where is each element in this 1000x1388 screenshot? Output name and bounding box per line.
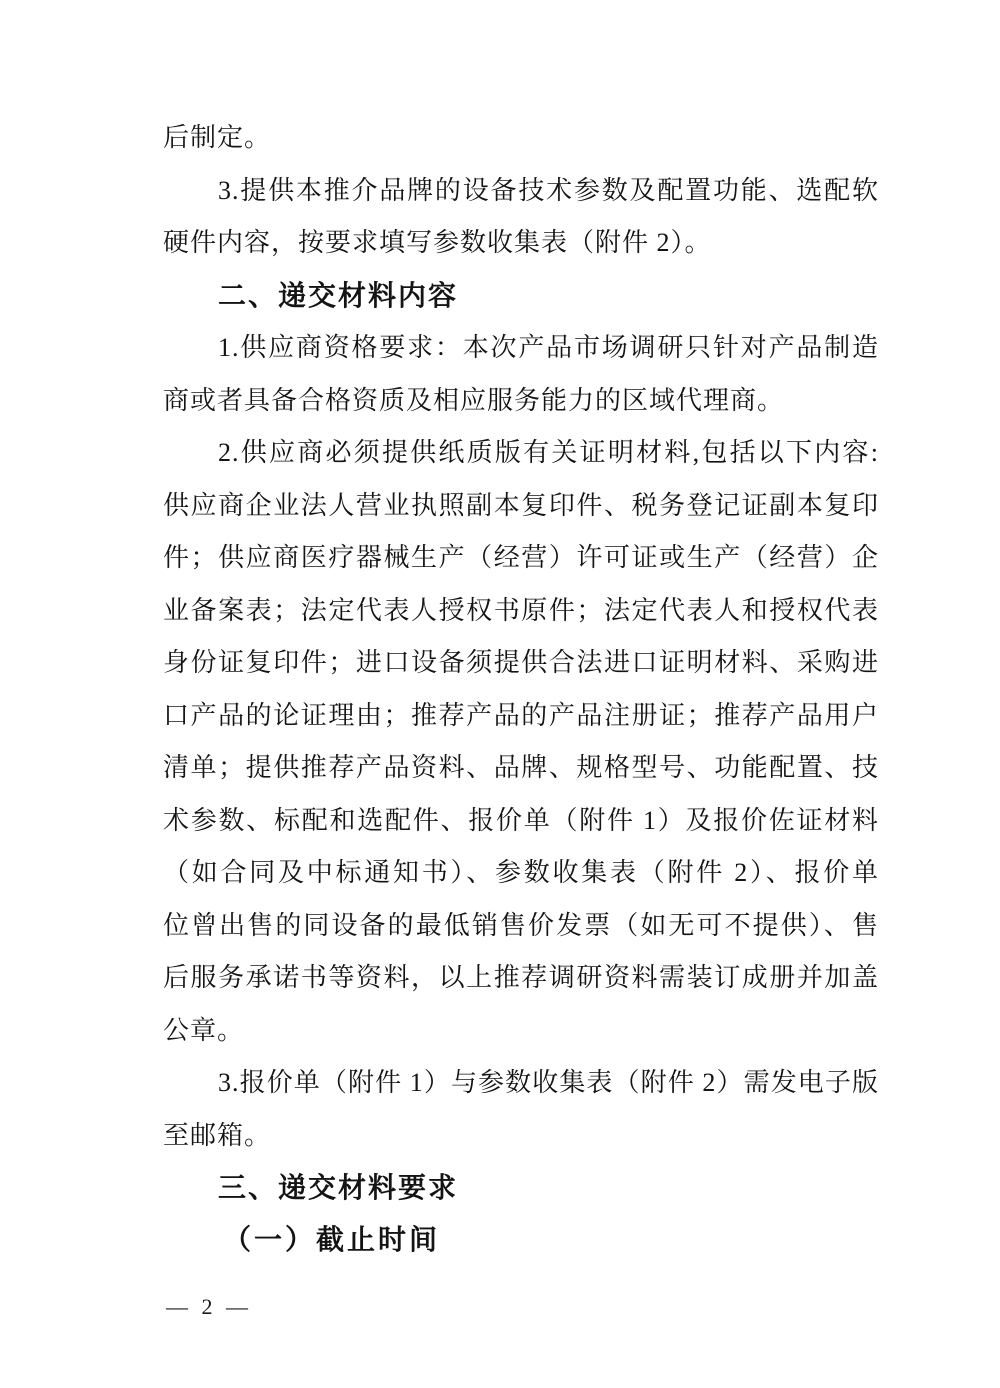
text-line: 件；供应商医疗器械生产（经营）许可证或生产（经营）企 <box>163 532 879 585</box>
text-line: 清单；提供推荐产品资料、品牌、规格型号、功能配置、技 <box>163 742 879 795</box>
text-line: 2.供应商必须提供纸质版有关证明材料,包括以下内容: <box>163 427 879 480</box>
page-number: — 2 — <box>166 1294 252 1320</box>
text-line: 业备案表；法定代表人授权书原件；法定代表人和授权代表 <box>163 585 879 638</box>
text-line: 位曾出售的同设备的最低销售价发票（如无可不提供）、售 <box>163 900 879 953</box>
text-line: 1.供应商资格要求：本次产品市场调研只针对产品制造 <box>163 322 879 375</box>
document-page: 后制定。 3.提供本推介品牌的设备技术参数及配置功能、选配软 硬件内容，按要求填… <box>0 0 1000 1388</box>
text-line: 3.提供本推介品牌的设备技术参数及配置功能、选配软 <box>163 165 879 218</box>
document-body: 后制定。 3.提供本推介品牌的设备技术参数及配置功能、选配软 硬件内容，按要求填… <box>163 112 879 1267</box>
text-line: 后制定。 <box>163 112 879 165</box>
section-heading-2: 二、递交材料内容 <box>163 270 879 323</box>
text-line: 至邮箱。 <box>163 1110 879 1163</box>
text-line: 身份证复印件；进口设备须提供合法进口证明材料、采购进 <box>163 637 879 690</box>
text-line: 硬件内容，按要求填写参数收集表（附件 2）。 <box>163 217 879 270</box>
subsection-heading-1: （一）截止时间 <box>163 1215 879 1268</box>
text-line: 后服务承诺书等资料，以上推荐调研资料需装订成册并加盖 <box>163 952 879 1005</box>
text-line: （如合同及中标通知书）、参数收集表（附件 2）、报价单 <box>163 847 879 900</box>
text-line: 3.报价单（附件 1）与参数收集表（附件 2）需发电子版 <box>163 1057 879 1110</box>
section-heading-3: 三、递交材料要求 <box>163 1162 879 1215</box>
text-line: 供应商企业法人营业执照副本复印件、税务登记证副本复印 <box>163 480 879 533</box>
text-line: 商或者具备合格资质及相应服务能力的区域代理商。 <box>163 375 879 428</box>
text-line: 口产品的论证理由；推荐产品的产品注册证；推荐产品用户 <box>163 690 879 743</box>
text-line: 公章。 <box>163 1005 879 1058</box>
text-line: 术参数、标配和选配件、报价单（附件 1）及报价佐证材料 <box>163 795 879 848</box>
